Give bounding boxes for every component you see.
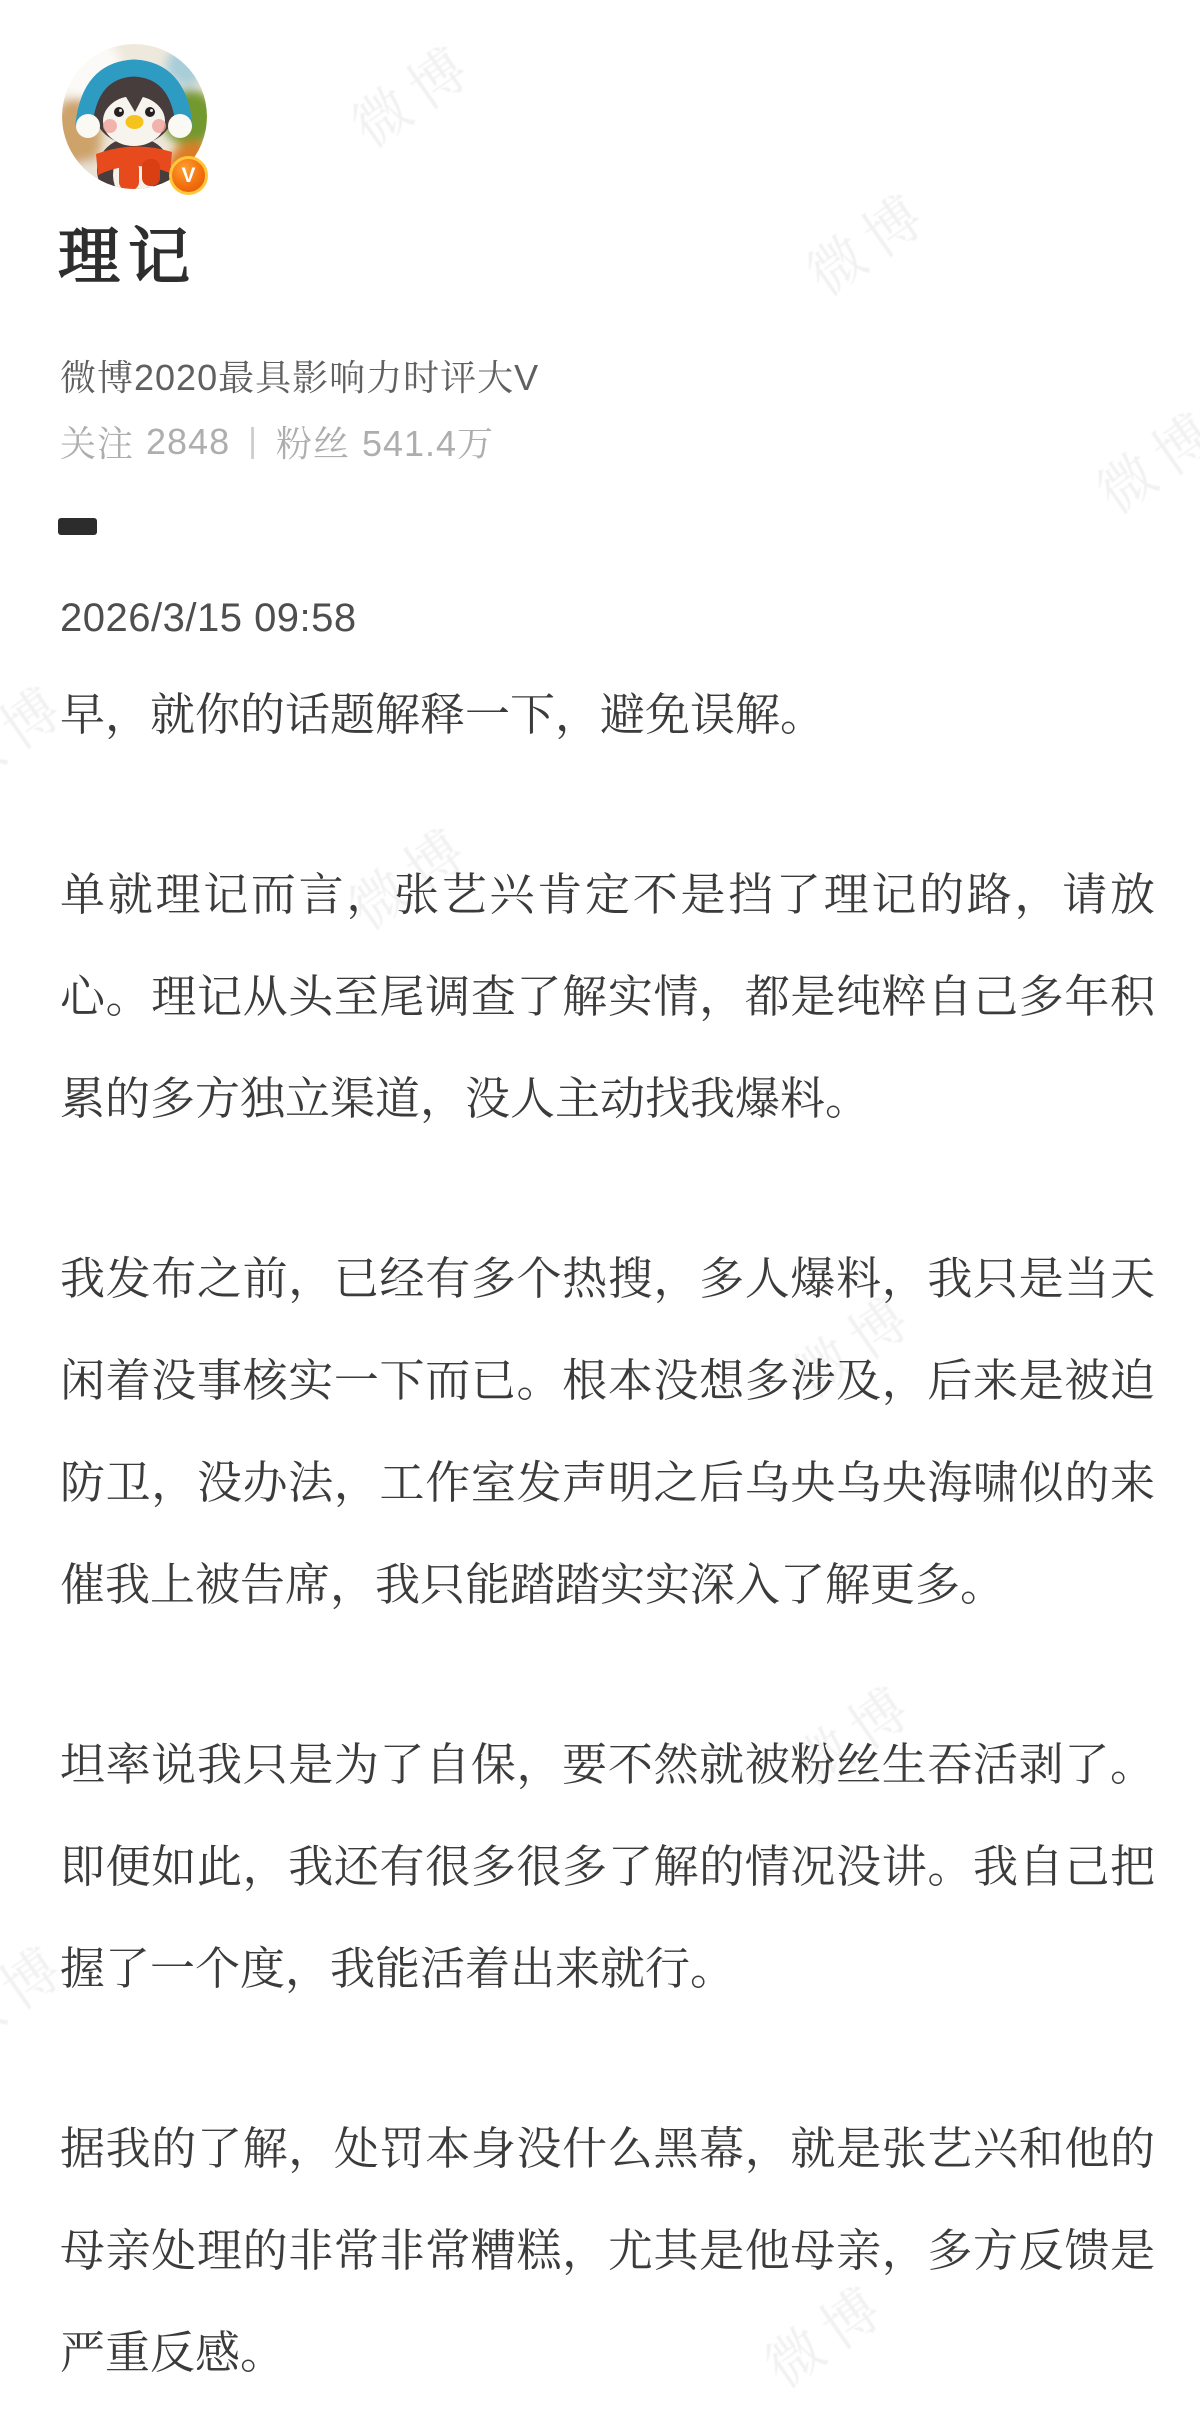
post-line: 催我上被告席，我只能踏踏实实深入了解更多。 xyxy=(60,1534,1155,1636)
verified-badge: V xyxy=(169,156,208,195)
post-timestamp: 2026/3/15 09:58 xyxy=(60,596,357,641)
post-paragraph: 据我的了解，处罚本身没什么黑幕，就是张艺兴和他的母亲处理的非常非常糟糕，尤其是他… xyxy=(60,2098,1155,2404)
stats-divider: | xyxy=(230,422,276,461)
follow-stats: 关注 2848 | 粉丝 541.4万 xyxy=(60,416,494,467)
profile-title: 微博2020最具影响力时评大V xyxy=(60,350,539,401)
post-line: 单就理记而言，张艺兴肯定不是挡了理记的路，请放 xyxy=(60,844,1155,946)
post-line: 闲着没事核实一下而已。根本没想多涉及，后来是被迫 xyxy=(60,1330,1155,1432)
post-line: 坦率说我只是为了自保，要不然就被粉丝生吞活剥了。 xyxy=(60,1714,1155,1816)
post-line: 心。理记从头至尾调查了解实情，都是纯粹自己多年积 xyxy=(60,946,1155,1048)
post-paragraph: 我发布之前，已经有多个热搜，多人爆料，我只是当天闲着没事核实一下而已。根本没想多… xyxy=(60,1228,1155,1636)
post-line: 即便如此，我还有很多很多了解的情况没讲。我自己把 xyxy=(60,1816,1155,1918)
post-line: 累的多方独立渠道，没人主动找我爆料。 xyxy=(60,1048,1155,1150)
post-line: 据我的了解，处罚本身没什么黑幕，就是张艺兴和他的 xyxy=(60,2098,1155,2200)
following-count[interactable]: 2848 xyxy=(146,421,230,463)
weibo-watermark: 微博 xyxy=(1079,386,1200,530)
post-paragraph: 坦率说我只是为了自保，要不然就被粉丝生吞活剥了。即便如此，我还有很多很多了解的情… xyxy=(60,1714,1155,2020)
post-body: 早，就你的话题解释一下，避免误解。单就理记而言，张艺兴肯定不是挡了理记的路，请放… xyxy=(60,664,1155,2404)
post-paragraph: 单就理记而言，张艺兴肯定不是挡了理记的路，请放心。理记从头至尾调查了解实情，都是… xyxy=(60,844,1155,1150)
post-line: 我发布之前，已经有多个热搜，多人爆料，我只是当天 xyxy=(60,1228,1155,1330)
followers-count[interactable]: 541.4万 xyxy=(362,416,494,467)
post-line: 防卫，没办法，工作室发声明之后乌央乌央海啸似的来 xyxy=(60,1432,1155,1534)
followers-label[interactable]: 粉丝 xyxy=(276,416,350,467)
post-line: 严重反感。 xyxy=(60,2302,1155,2404)
post-line: 早，就你的话题解释一下，避免误解。 xyxy=(60,664,1155,766)
verified-badge-letter: V xyxy=(181,165,195,186)
weibo-watermark: 微博 xyxy=(334,20,491,164)
following-label[interactable]: 关注 xyxy=(60,416,134,467)
post-line: 母亲处理的非常非常糟糕，尤其是他母亲，多方反馈是 xyxy=(60,2200,1155,2302)
weibo-screenshot-page: 微博 微博 微博 微博 微博 微博 微博 微博 微博 xyxy=(0,0,1200,2424)
weibo-watermark: 微博 xyxy=(789,168,946,312)
post-line: 握了一个度，我能活着出来就行。 xyxy=(60,1918,1155,2020)
profile-name: 理记 xyxy=(58,224,198,292)
dash-marker xyxy=(58,518,97,535)
post-paragraph: 早，就你的话题解释一下，避免误解。 xyxy=(60,664,1155,766)
